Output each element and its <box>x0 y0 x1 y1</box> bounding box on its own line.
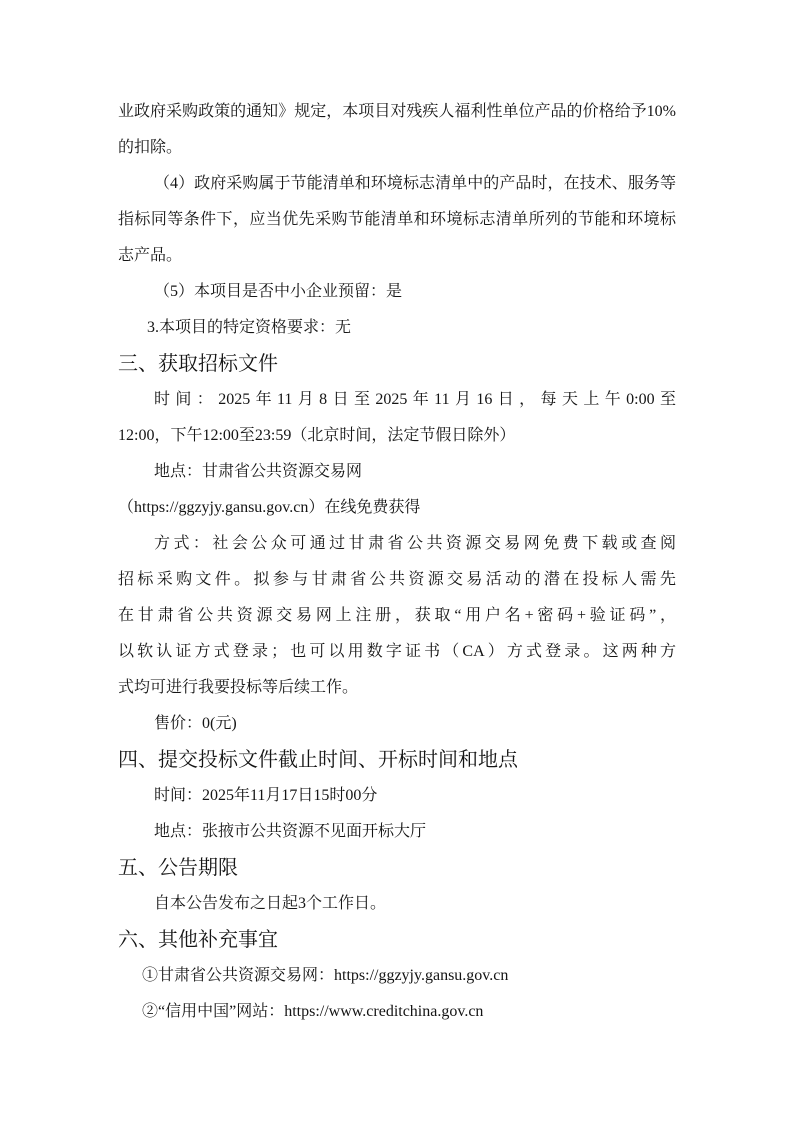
document-line: 12:00，下午12:00至23:59（北京时间，法定节假日除外） <box>118 418 676 454</box>
document-line: 指标同等条件下，应当优先采购节能清单和环境标志清单所列的节能和环境标 <box>118 202 676 238</box>
document-line: 志产品。 <box>118 238 676 274</box>
document-line: 在甘肃省公共资源交易网上注册，获取“用户名+密码+验证码”， <box>118 598 676 634</box>
document-line: 业政府采购政策的通知》规定，本项目对残疾人福利性单位产品的价格给予10% <box>118 94 676 130</box>
document-line: 时间：2025年11月17日15时00分 <box>118 778 676 814</box>
document-page: 业政府采购政策的通知》规定，本项目对残疾人福利性单位产品的价格给予10%的扣除。… <box>0 0 794 1123</box>
document-line: ②“信用中国”网站：https://www.creditchina.gov.cn <box>118 994 676 1030</box>
document-line: 自本公告发布之日起3个工作日。 <box>118 886 676 922</box>
document-line: （https://ggzyjy.gansu.gov.cn）在线免费获得 <box>118 490 676 526</box>
document-line: 地点：甘肃省公共资源交易网 <box>118 454 676 490</box>
section-heading: 四、提交投标文件截止时间、开标时间和地点 <box>118 742 676 778</box>
document-line: 式均可进行我要投标等后续工作。 <box>118 670 676 706</box>
document-line: 方式：社会公众可通过甘肃省公共资源交易网免费下载或查阅 <box>118 526 676 562</box>
document-line: 售价：0(元) <box>118 706 676 742</box>
document-line: 招标采购文件。拟参与甘肃省公共资源交易活动的潜在投标人需先 <box>118 562 676 598</box>
document-line: 的扣除。 <box>118 130 676 166</box>
document-line: ①甘肃省公共资源交易网：https://ggzyjy.gansu.gov.cn <box>118 958 676 994</box>
section-heading: 六、其他补充事宜 <box>118 922 676 958</box>
document-line: （5）本项目是否中小企业预留：是 <box>118 274 676 310</box>
document-content: 业政府采购政策的通知》规定，本项目对残疾人福利性单位产品的价格给予10%的扣除。… <box>118 94 676 1030</box>
document-line: 地点：张掖市公共资源不见面开标大厅 <box>118 814 676 850</box>
document-line: （4）政府采购属于节能清单和环境标志清单中的产品时，在技术、服务等 <box>118 166 676 202</box>
section-heading: 五、公告期限 <box>118 850 676 886</box>
section-heading: 三、获取招标文件 <box>118 346 676 382</box>
document-line: 时间：2025年11月8日至2025年11月16日，每天上午0:00至 <box>118 382 676 418</box>
document-line: 以软认证方式登录；也可以用数字证书（CA）方式登录。这两种方 <box>118 634 676 670</box>
document-line: 3.本项目的特定资格要求：无 <box>118 310 676 346</box>
